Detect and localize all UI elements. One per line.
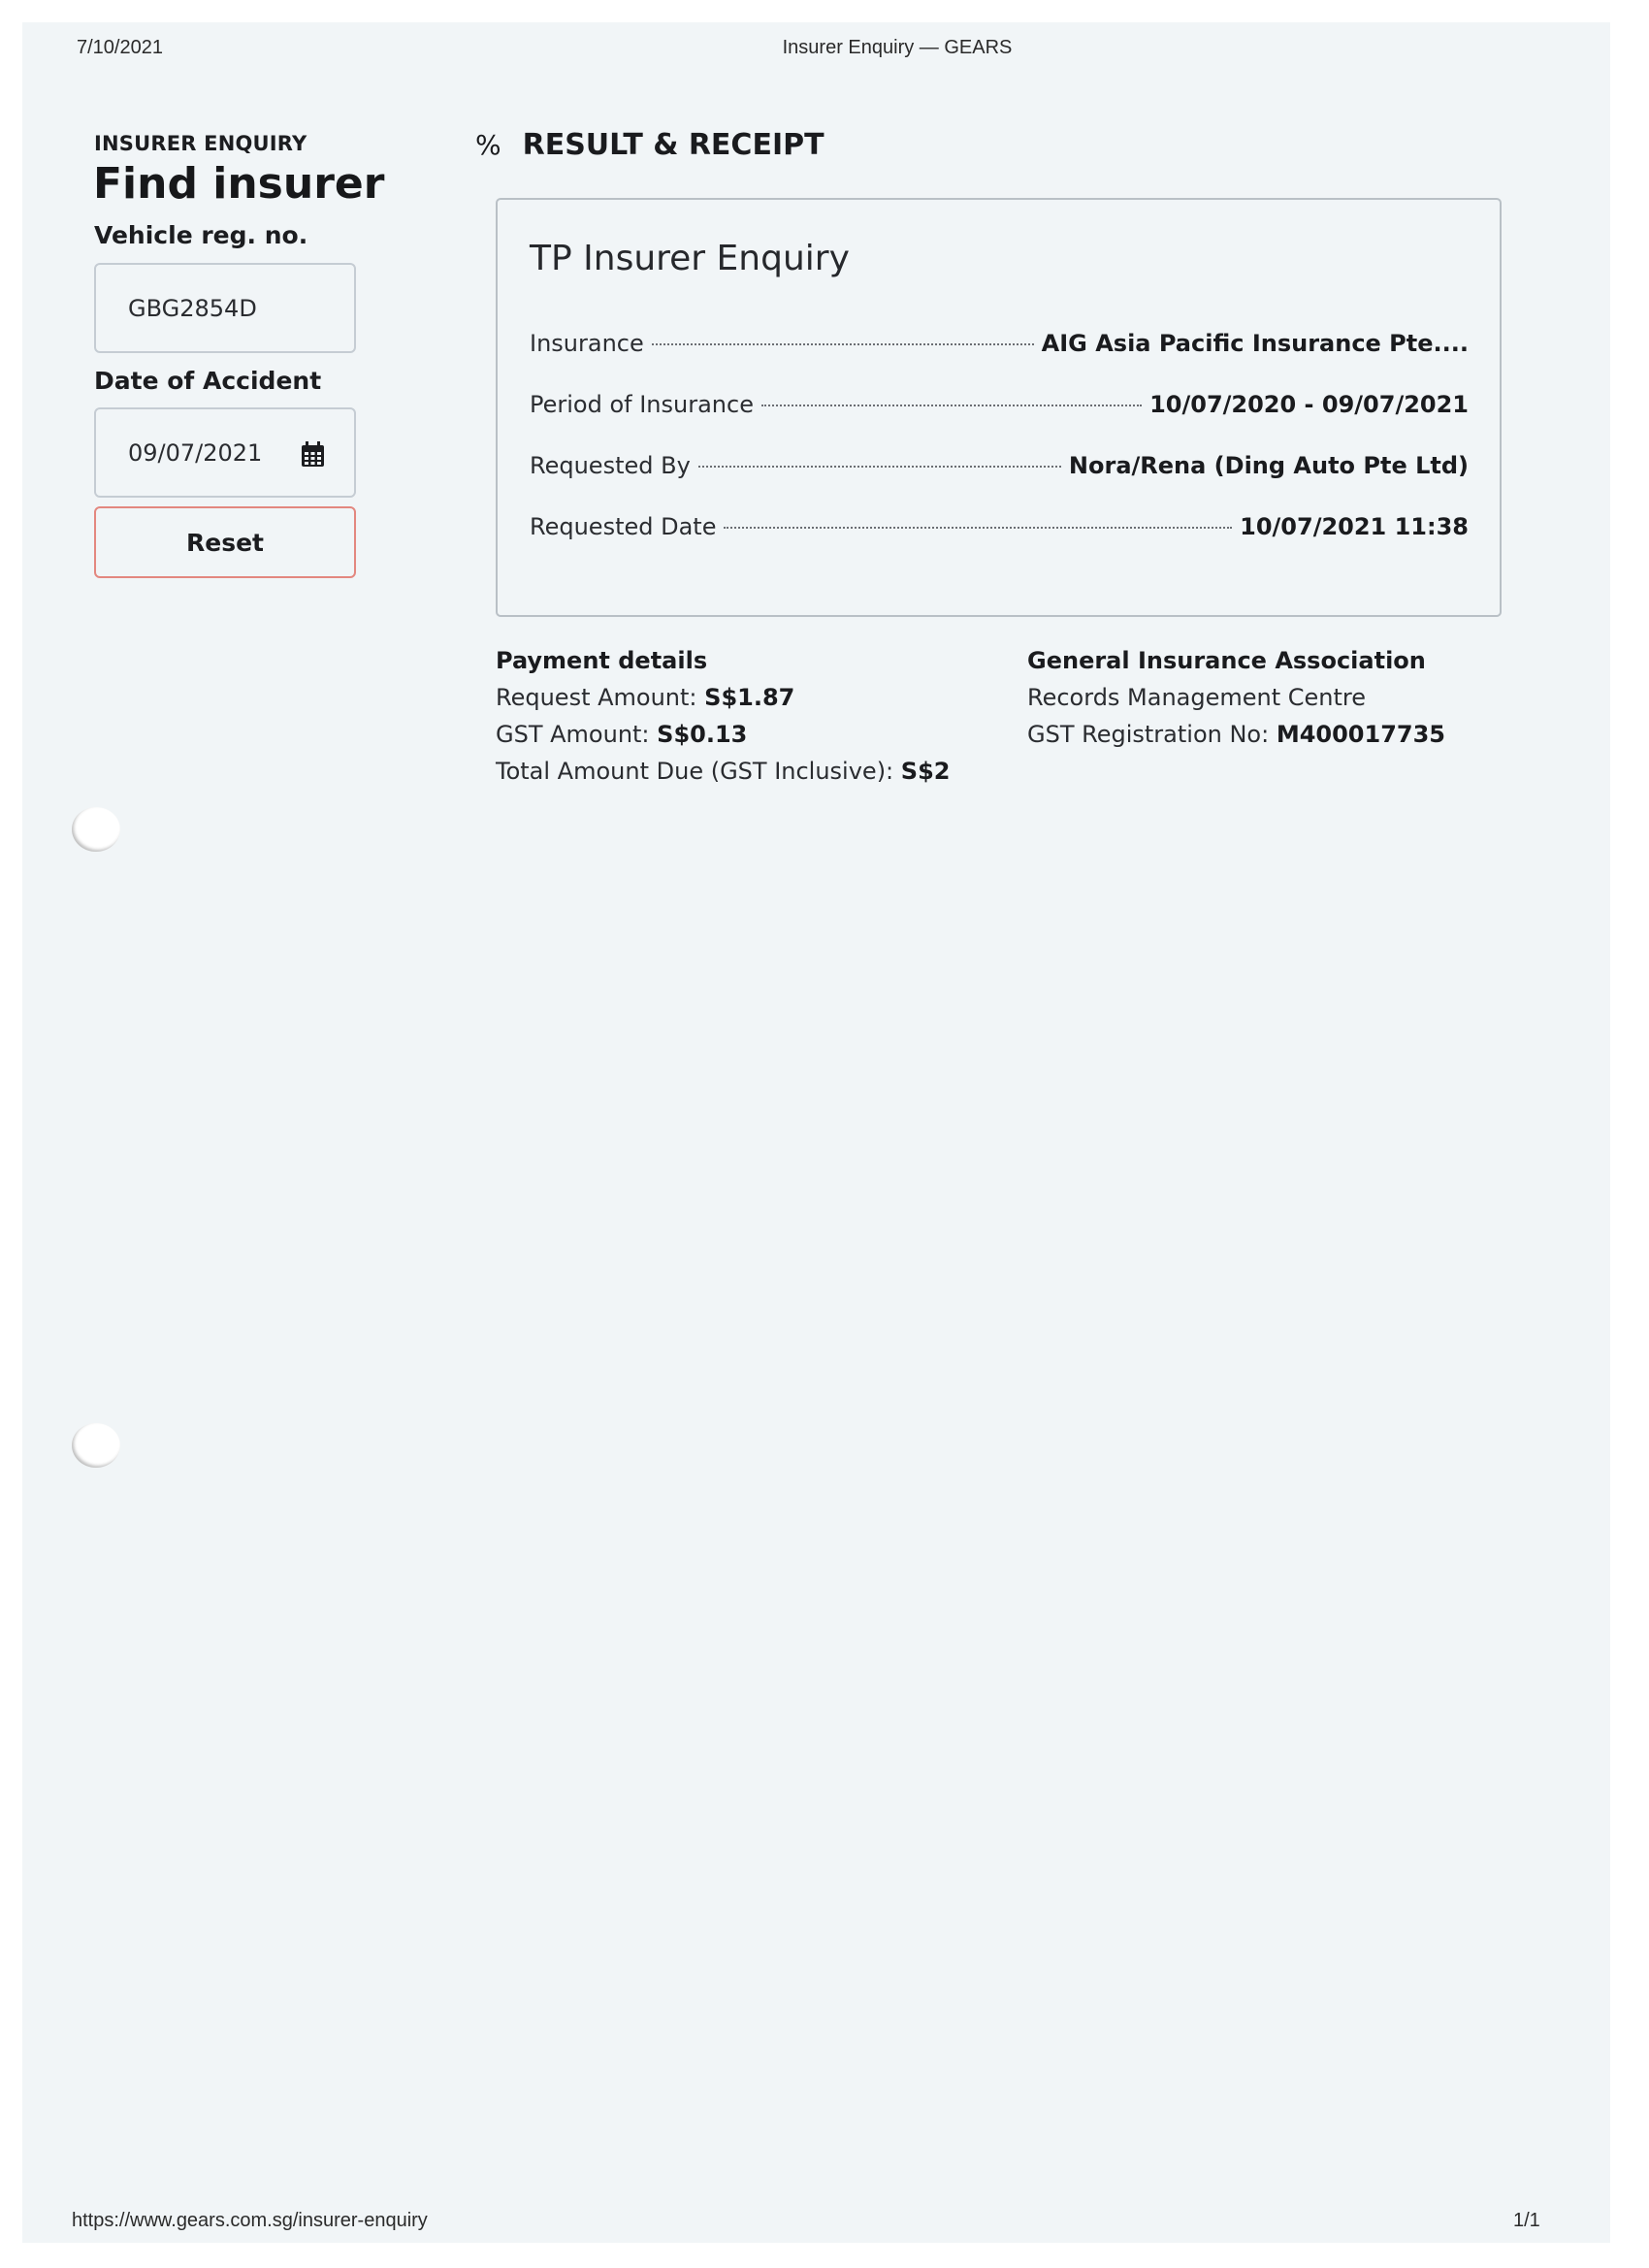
- vehicle-reg-label: Vehicle reg. no.: [94, 221, 307, 249]
- request-amount-label: Request Amount:: [496, 684, 704, 711]
- section-title: % RESULT & RECEIPT: [475, 128, 824, 162]
- total-amount-line: Total Amount Due (GST Inclusive): S$2: [496, 753, 950, 790]
- dot-leader: [698, 466, 1061, 468]
- punch-hole: [72, 1423, 120, 1468]
- request-amount-line: Request Amount: S$1.87: [496, 679, 950, 716]
- result-row-requested-date: Requested Date 10/07/2021 11:38: [530, 513, 1469, 540]
- row-label: Insurance: [530, 330, 644, 357]
- association-line1: Records Management Centre: [1027, 679, 1445, 716]
- accident-date-input[interactable]: 09/07/2021: [94, 407, 356, 498]
- section-eyebrow: INSURER ENQUIRY: [94, 132, 307, 155]
- request-amount-value: S$1.87: [704, 684, 794, 711]
- gst-amount-label: GST Amount:: [496, 721, 657, 748]
- row-label: Requested Date: [530, 513, 716, 540]
- gst-reg-line: GST Registration No: M400017735: [1027, 716, 1445, 753]
- dot-leader: [724, 527, 1232, 529]
- calendar-icon[interactable]: [301, 441, 325, 468]
- result-row-requested-by: Requested By Nora/Rena (Ding Auto Pte Lt…: [530, 452, 1469, 479]
- print-page-title: Insurer Enquiry — GEARS: [0, 37, 1649, 59]
- gst-amount-line: GST Amount: S$0.13: [496, 716, 950, 753]
- row-value: 10/07/2020 - 09/07/2021: [1149, 391, 1469, 418]
- accident-date-label: Date of Accident: [94, 367, 321, 395]
- gst-reg-value: M400017735: [1277, 721, 1445, 748]
- gst-reg-label: GST Registration No:: [1027, 721, 1277, 748]
- reset-button[interactable]: Reset: [94, 506, 356, 578]
- row-value: Nora/Rena (Ding Auto Pte Ltd): [1069, 452, 1469, 479]
- result-row-period: Period of Insurance 10/07/2020 - 09/07/2…: [530, 391, 1469, 418]
- association-heading: General Insurance Association: [1027, 642, 1445, 679]
- result-card: TP Insurer Enquiry Insurance AIG Asia Pa…: [496, 198, 1502, 617]
- row-label: Requested By: [530, 452, 691, 479]
- section-title-text: RESULT & RECEIPT: [523, 128, 824, 162]
- dot-leader: [761, 405, 1142, 406]
- payment-details: Payment details Request Amount: S$1.87 G…: [496, 642, 950, 790]
- result-row-insurance: Insurance AIG Asia Pacific Insurance Pte…: [530, 330, 1469, 357]
- punch-hole: [72, 807, 120, 852]
- row-value: AIG Asia Pacific Insurance Pte....: [1042, 330, 1469, 357]
- total-amount-value: S$2: [901, 758, 951, 785]
- print-page-number: 1/1: [1513, 2210, 1540, 2232]
- payment-heading: Payment details: [496, 642, 950, 679]
- vehicle-reg-input[interactable]: GBG2854D: [94, 263, 356, 353]
- percent-icon: %: [475, 129, 501, 161]
- print-url: https://www.gears.com.sg/insurer-enquiry: [72, 2210, 428, 2232]
- accident-date-value: 09/07/2021: [128, 439, 262, 467]
- dot-leader: [652, 343, 1034, 345]
- card-title: TP Insurer Enquiry: [530, 239, 850, 278]
- row-value: 10/07/2021 11:38: [1240, 513, 1469, 540]
- gst-amount-value: S$0.13: [657, 721, 747, 748]
- row-label: Period of Insurance: [530, 391, 754, 418]
- vehicle-reg-value: GBG2854D: [128, 295, 257, 322]
- total-amount-label: Total Amount Due (GST Inclusive):: [496, 758, 901, 785]
- page-title: Find insurer: [93, 159, 384, 209]
- association-details: General Insurance Association Records Ma…: [1027, 642, 1445, 753]
